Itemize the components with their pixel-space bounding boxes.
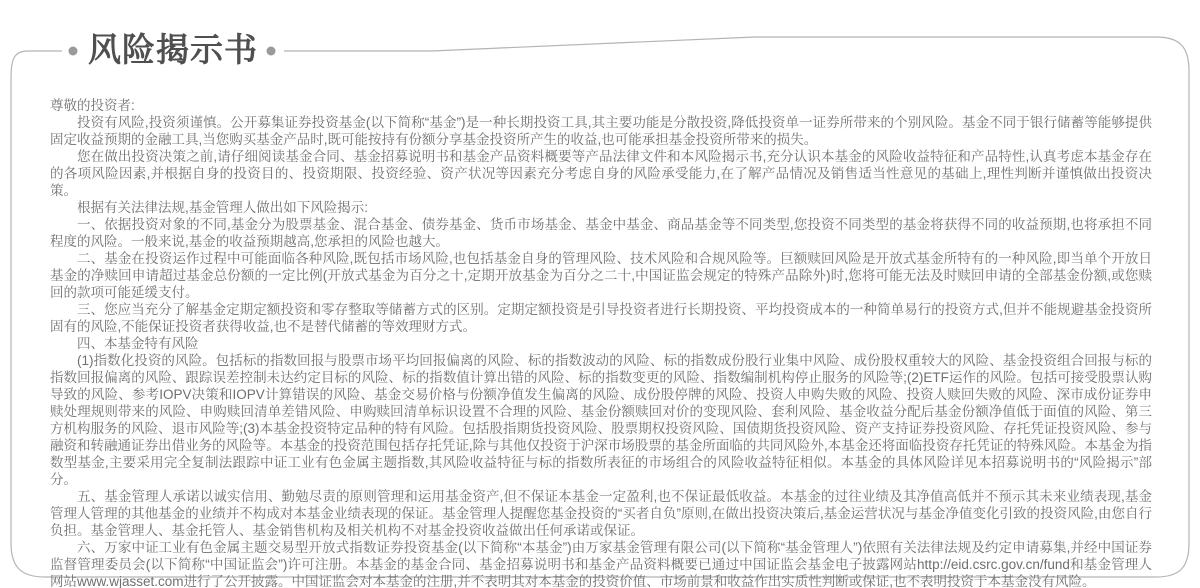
para-item-1-fund-types: 一、依据投资对象的不同,基金分为股票基金、混合基金、债券基金、货币市场基金、基金… <box>50 216 1152 250</box>
para-investment-risk-intro: 投资有风险,投资须谨慎。公开募集证券投资基金(以下简称“基金”)是一种长期投资工… <box>50 114 1152 148</box>
para-item-2-operation-risks: 二、基金在投资运作过程中可能面临各种风险,既包括市场风险,也包括基金自身的管理风… <box>50 250 1152 301</box>
para-item-6-registration: 六、万家中证工业有色金属主题交易型开放式指数证券投资基金(以下简称“本基金”)由… <box>50 539 1152 588</box>
para-disclosure-intro: 根据有关法律法规,基金管理人做出如下风险揭示: <box>50 199 1152 216</box>
title-dot-right-icon <box>267 47 276 56</box>
para-item-4-heading: 四、本基金特有风险 <box>50 335 1152 352</box>
page-title: 风险揭示书 <box>88 32 258 68</box>
para-item-5-manager-commitment: 五、基金管理人承诺以诚实信用、勤勉尽责的原则管理和运用基金资产,但不保证本基金一… <box>50 488 1152 539</box>
para-decision-notice: 您在做出投资决策之前,请仔细阅读基金合同、基金招募说明书和基金产品资料概要等产品… <box>50 148 1152 199</box>
title-dot-left-icon <box>69 47 78 56</box>
para-item-3-fixed-investment: 三、您应当充分了解基金定期定额投资和零存整取等储蓄方式的区别。定期定额投资是引导… <box>50 301 1152 335</box>
document-body: 尊敬的投资者: 投资有风险,投资须谨慎。公开募集证券投资基金(以下简称“基金”)… <box>50 97 1152 588</box>
para-item-4-specific-risks: (1)指数化投资的风险。包括标的指数回报与股票市场平均回报偏离的风险、标的指数波… <box>50 352 1152 488</box>
risk-disclosure-document: 风险揭示书 尊敬的投资者: 投资有风险,投资须谨慎。公开募集证券投资基金(以下简… <box>0 0 1200 588</box>
greeting-line: 尊敬的投资者: <box>50 97 1152 114</box>
